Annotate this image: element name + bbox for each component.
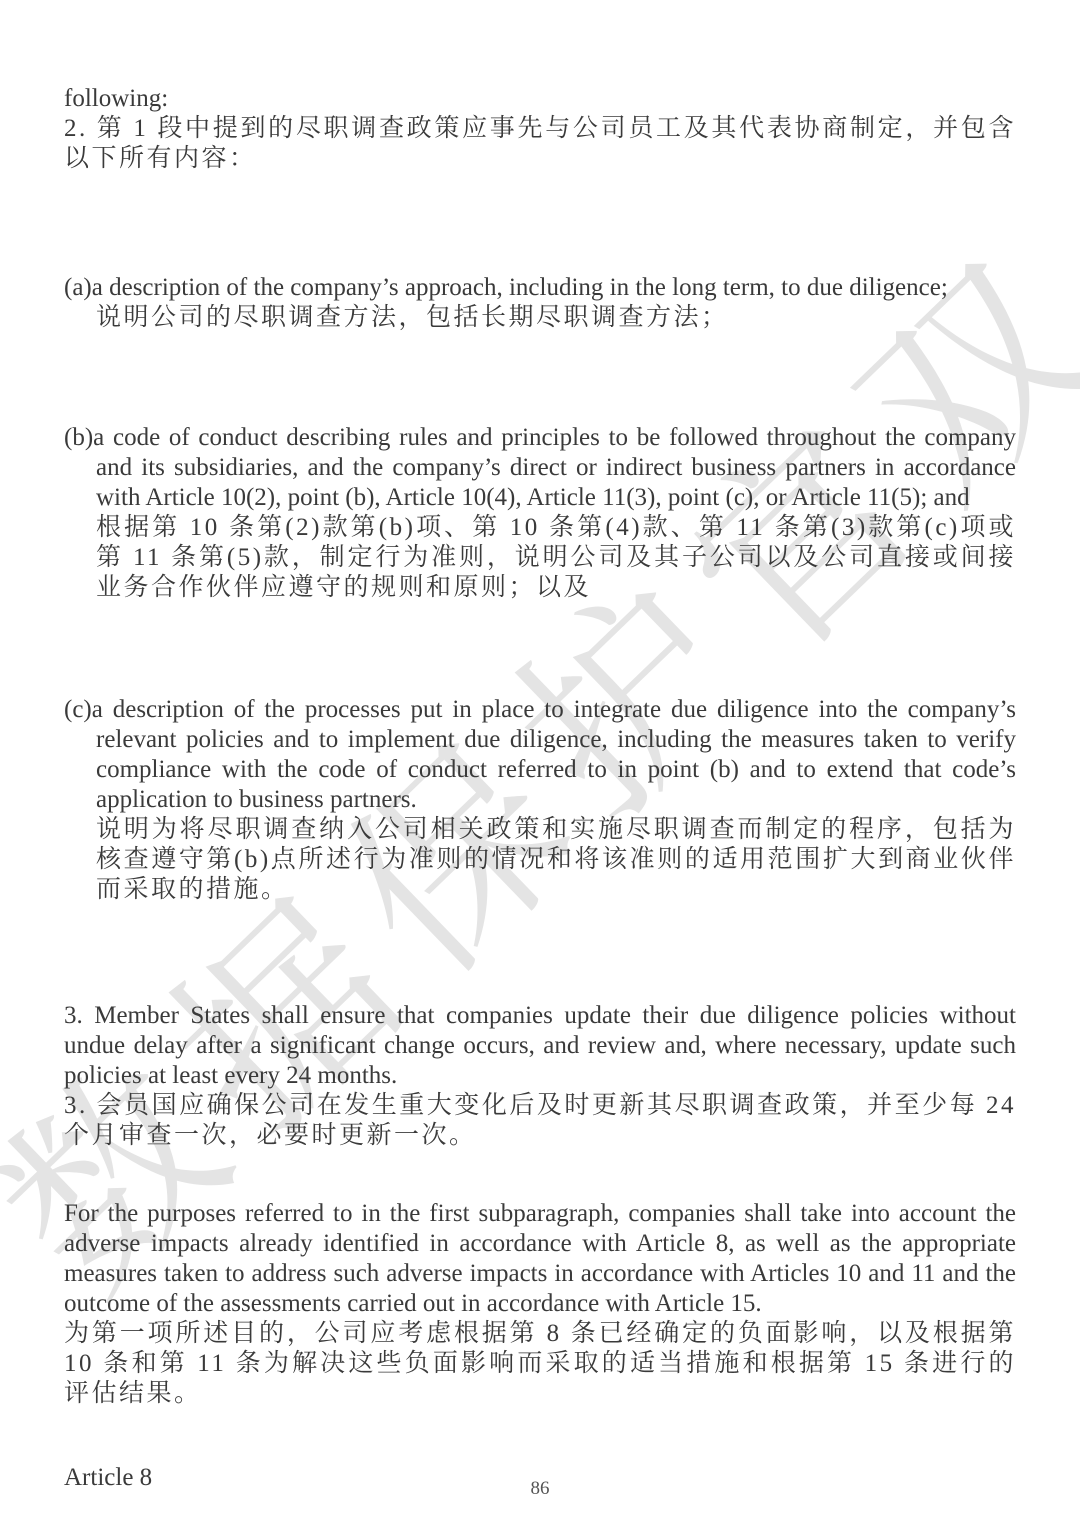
item-a-text-en: (a)a description of the company’s approa… (64, 273, 1016, 303)
subparagraph-zh: 为第一项所述目的，公司应考虑根据第 8 条已经确定的负面影响，以及根据第 10 … (64, 1319, 1016, 1409)
item-a-text-zh: 说明公司的尽职调查方法，包括长期尽职调查方法； (64, 303, 1016, 333)
list-item-b: (b)a code of conduct describing rules an… (64, 423, 1016, 603)
item-b-text-en: (b)a code of conduct describing rules an… (64, 423, 1016, 513)
document-page: 数 据 保 护 官 双 following: 2. 第 1 段中提到的尽职调查政… (0, 0, 1080, 1527)
intro-paragraph-zh: 2. 第 1 段中提到的尽职调查政策应事先与公司员工及其代表协商制定，并包含以下… (64, 114, 1016, 174)
paragraph-3-zh: 3. 会员国应确保公司在发生重大变化后及时更新其尽职调查政策，并至少每 24 个… (64, 1091, 1016, 1151)
paragraph-3-en: 3. Member States shall ensure that compa… (64, 1001, 1016, 1091)
list-item-a: (a)a description of the company’s approa… (64, 273, 1016, 333)
page-number: 86 (0, 1478, 1080, 1500)
intro-paragraph-en: following: (64, 84, 1016, 114)
item-c-text-en: (c)a description of the processes put in… (64, 695, 1016, 815)
paragraph-3: 3. Member States shall ensure that compa… (64, 1001, 1016, 1151)
subparagraph-en: For the purposes referred to in the firs… (64, 1199, 1016, 1319)
item-b-text-zh: 根据第 10 条第(2)款第(b)项、第 10 条第(4)款、第 11 条第(3… (64, 513, 1016, 603)
subparagraph: For the purposes referred to in the firs… (64, 1199, 1016, 1409)
document-body: following: 2. 第 1 段中提到的尽职调查政策应事先与公司员工及其代… (64, 84, 1016, 1493)
list-item-c: (c)a description of the processes put in… (64, 695, 1016, 905)
item-c-text-zh: 说明为将尽职调查纳入公司相关政策和实施尽职调查而制定的程序，包括为核查遵守第(b… (64, 815, 1016, 905)
